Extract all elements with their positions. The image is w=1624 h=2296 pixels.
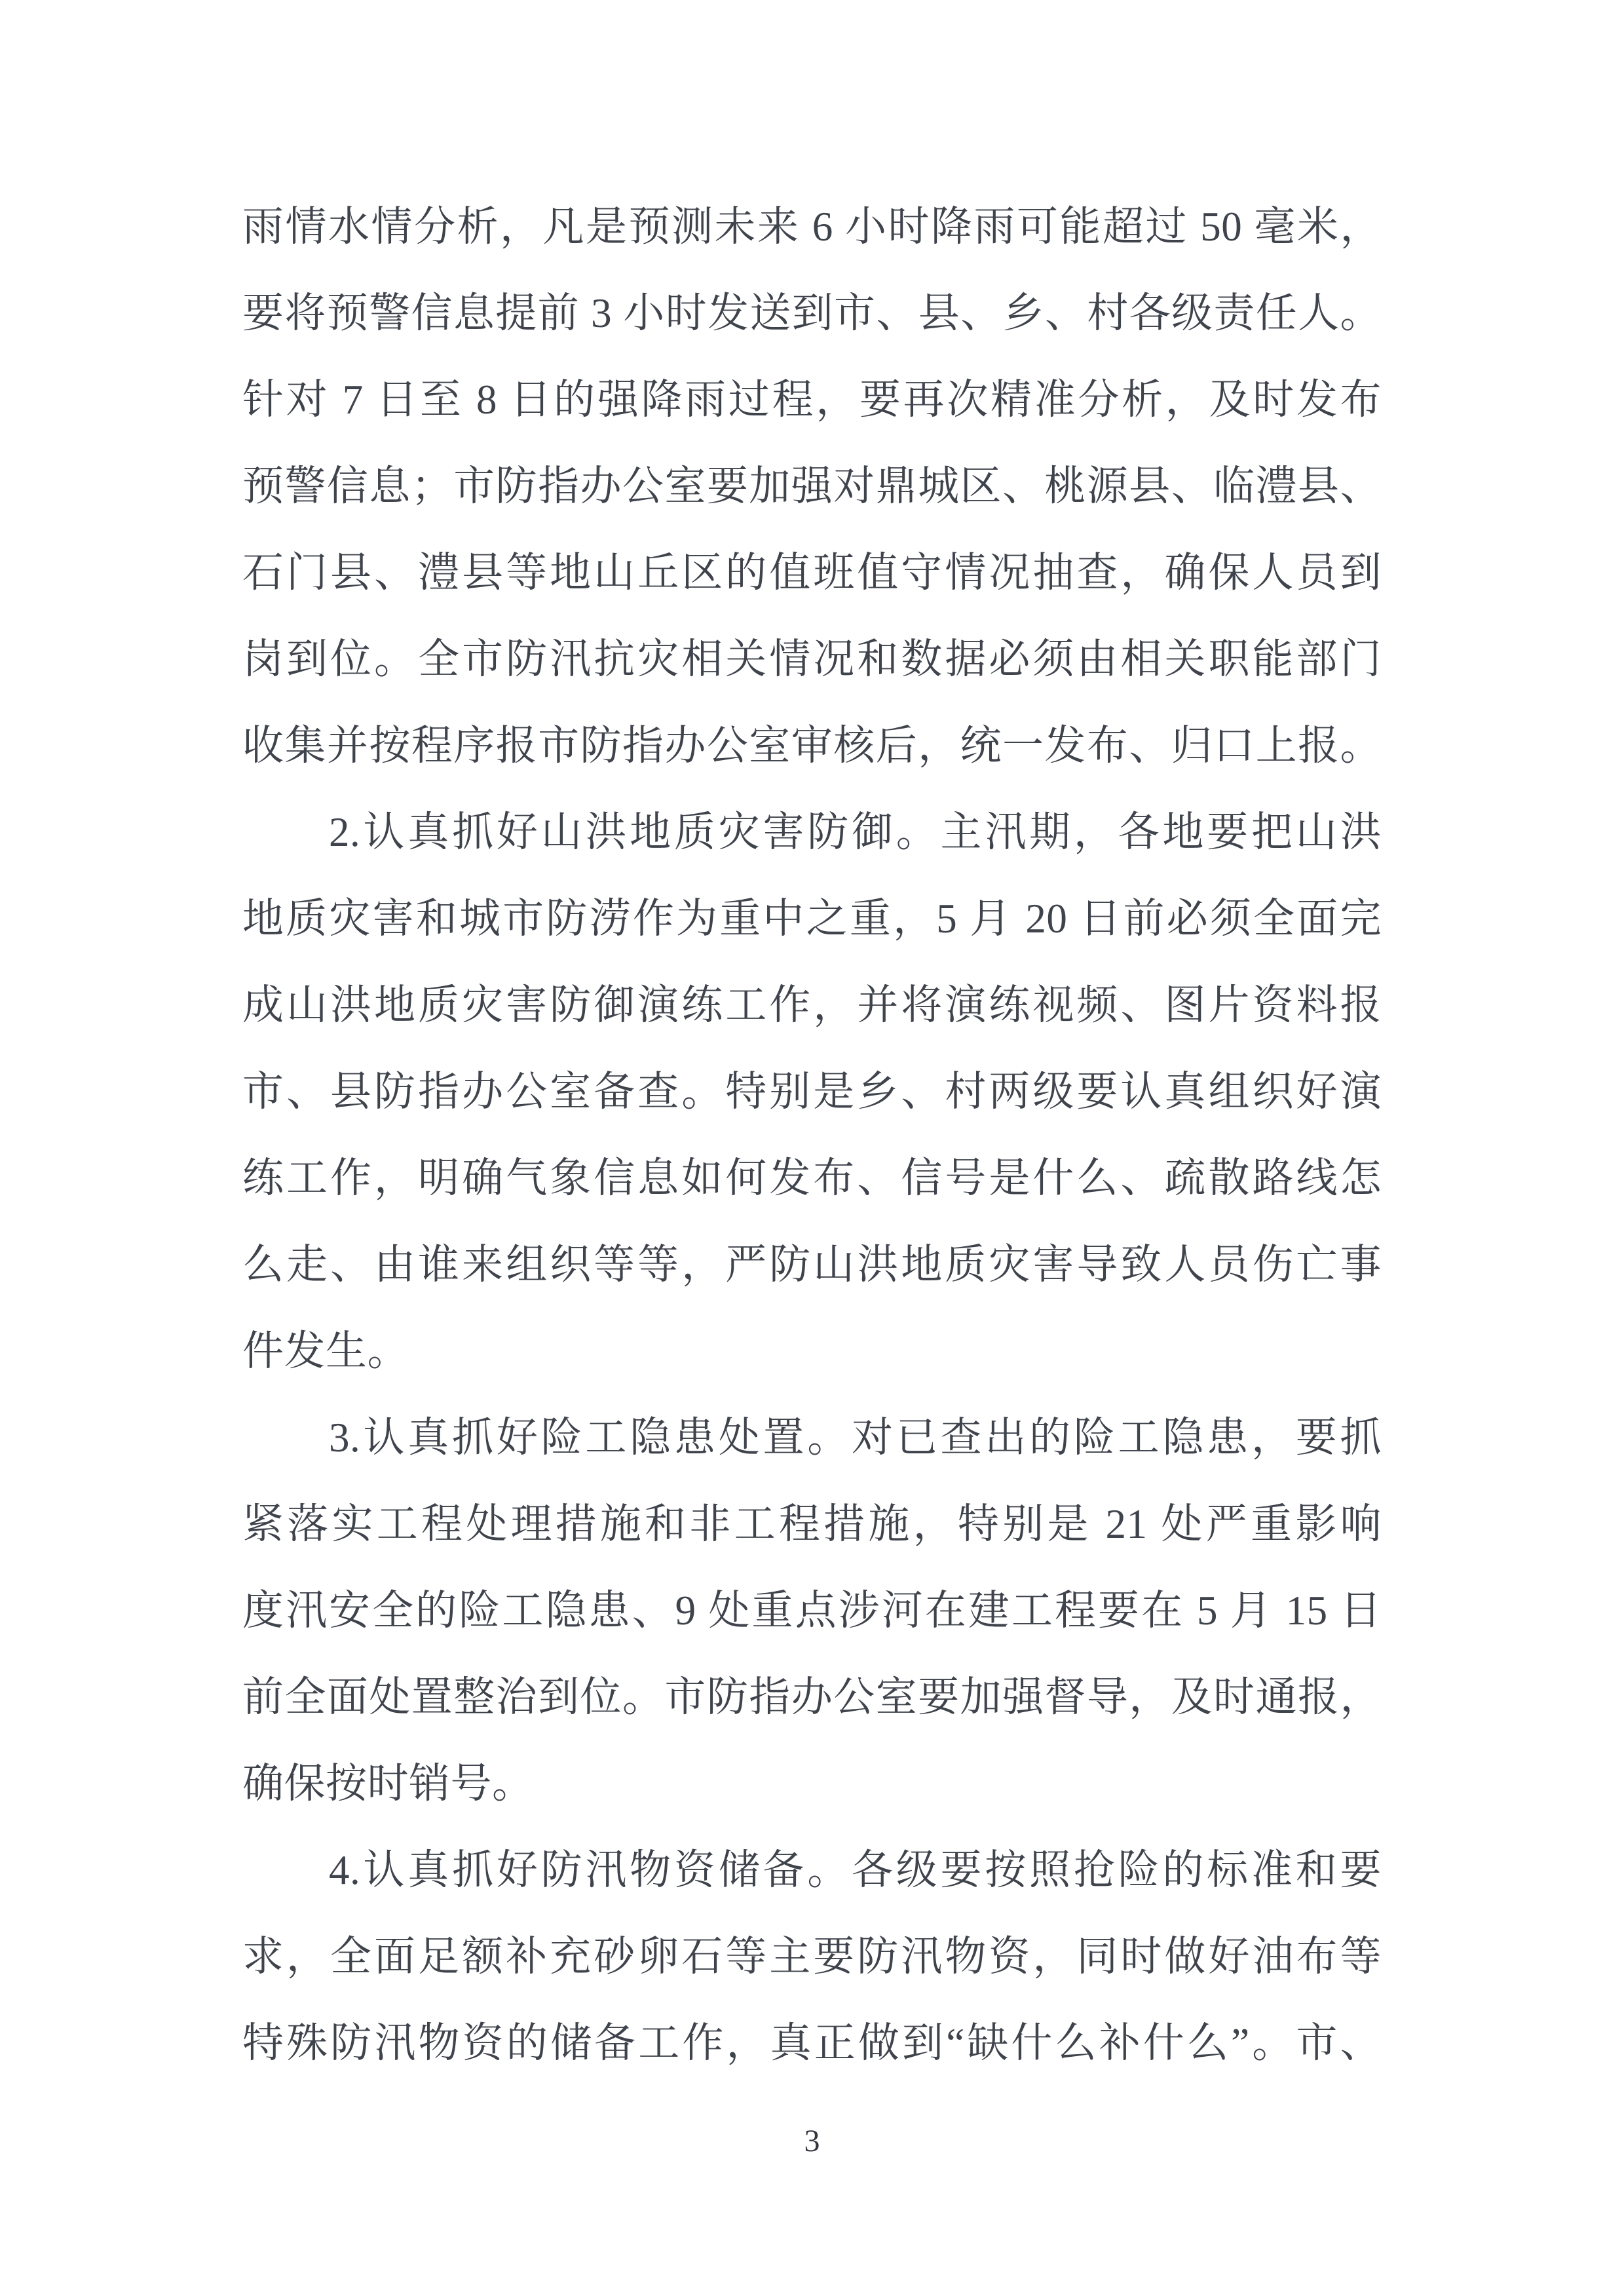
text-line: 么走、由谁来组织等等，严防山洪地质灾害导致人员伤亡事 [242, 1221, 1382, 1308]
page-number: 3 [0, 2122, 1624, 2161]
document-body: 雨情水情分析，凡是预测未来 6 小时降雨可能超过 50 毫米， 要将预警信息提前… [242, 183, 1382, 2086]
text-line: 前全面处置整治到位。市防指办公室要加强督导，及时通报， [242, 1654, 1382, 1740]
text-line: 成山洪地质灾害防御演练工作，并将演练视频、图片资料报 [242, 962, 1382, 1048]
paragraph-start-line: 2.认真抓好山洪地质灾害防御。主汛期，各地要把山洪 [242, 789, 1382, 875]
text-line: 求，全面足额补充砂卵石等主要防汛物资，同时做好油布等 [242, 1913, 1382, 2000]
text-line: 紧落实工程处理措施和非工程措施，特别是 21 处严重影响 [242, 1481, 1382, 1567]
text-line: 练工作，明确气象信息如何发布、信号是什么、疏散路线怎 [242, 1135, 1382, 1221]
paragraph-end-line: 件发生。 [242, 1308, 1382, 1394]
text-line: 市、县防指办公室备查。特别是乡、村两级要认真组织好演 [242, 1048, 1382, 1135]
paragraph-start-line: 4.认真抓好防汛物资储备。各级要按照抢险的标准和要 [242, 1827, 1382, 1913]
text-line: 要将预警信息提前 3 小时发送到市、县、乡、村各级责任人。 [242, 270, 1382, 356]
text-line: 针对 7 日至 8 日的强降雨过程，要再次精准分析，及时发布 [242, 356, 1382, 443]
text-line: 预警信息；市防指办公室要加强对鼎城区、桃源县、临澧县、 [242, 443, 1382, 529]
paragraph-start-line: 3.认真抓好险工隐患处置。对已查出的险工隐患，要抓 [242, 1394, 1382, 1481]
document-page: 雨情水情分析，凡是预测未来 6 小时降雨可能超过 50 毫米， 要将预警信息提前… [0, 0, 1624, 2296]
text-line: 地质灾害和城市防涝作为重中之重，5 月 20 日前必须全面完 [242, 875, 1382, 962]
text-line: 度汛安全的险工隐患、9 处重点涉河在建工程要在 5 月 15 日 [242, 1567, 1382, 1654]
text-line: 收集并按程序报市防指办公室审核后，统一发布、归口上报。 [242, 702, 1382, 789]
text-line: 岗到位。全市防汛抗灾相关情况和数据必须由相关职能部门 [242, 616, 1382, 702]
text-line: 特殊防汛物资的储备工作，真正做到“缺什么补什么”。市、 [242, 2000, 1382, 2086]
text-line: 雨情水情分析，凡是预测未来 6 小时降雨可能超过 50 毫米， [242, 183, 1382, 270]
text-line: 石门县、澧县等地山丘区的值班值守情况抽查，确保人员到 [242, 529, 1382, 616]
paragraph-end-line: 确保按时销号。 [242, 1740, 1382, 1827]
